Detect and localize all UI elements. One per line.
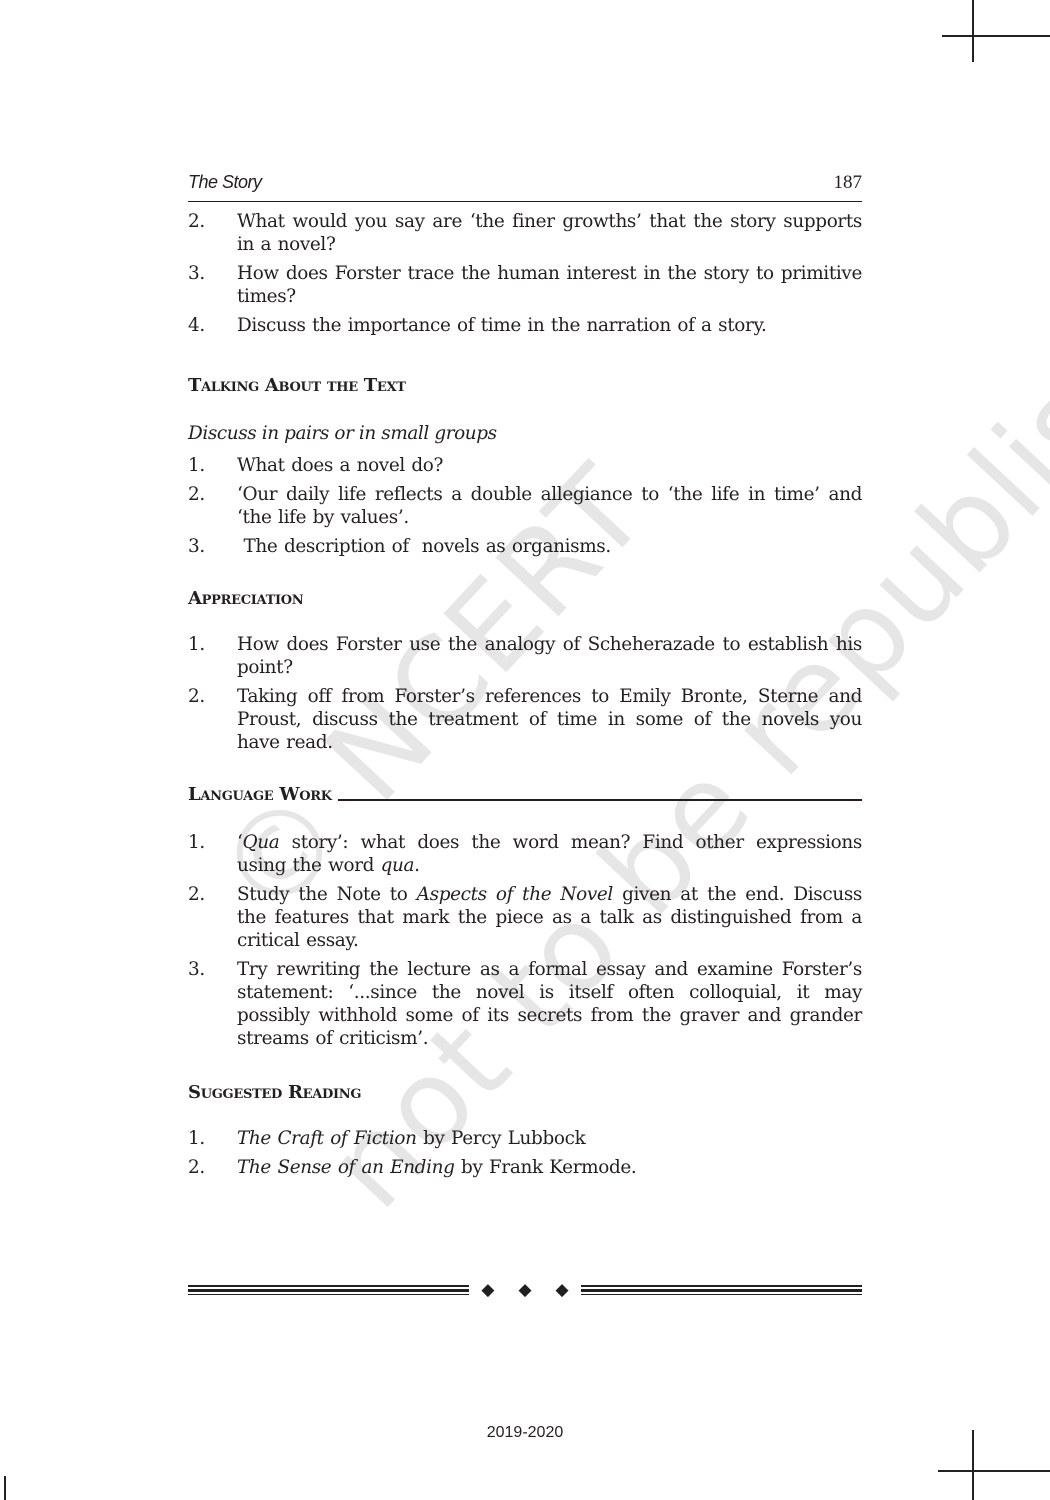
list-item: 3.How does Forster trace the human inter… [188, 262, 862, 308]
talking-list: 1.What does a novel do? 2.‘Our daily lif… [188, 454, 862, 558]
section-heading-appreciation: Appreciation [188, 588, 862, 609]
list-item: 2.Study the Note to Aspects of the Novel… [188, 883, 862, 952]
diamond-icon: ◆ [556, 1282, 569, 1299]
page-number: 187 [834, 172, 863, 194]
running-header: The Story 187 [188, 172, 862, 202]
list-item: 2.Taking off from Forster’s references t… [188, 685, 862, 754]
crop-mark-bottom-right-h [938, 1470, 1050, 1472]
list-item: 2.The Sense of an Ending by Frank Kermod… [188, 1156, 862, 1179]
list-item: 3. The description of novels as organism… [188, 535, 862, 558]
page-content: The Story 187 2.What would you say are ‘… [188, 172, 862, 1185]
list-item: 1.The Craft of Fiction by Percy Lubbock [188, 1127, 862, 1150]
appreciation-list: 1.How does Forster use the analogy of Sc… [188, 633, 862, 754]
diamond-icon: ◆ [518, 1282, 531, 1299]
crop-mark-top-right-v [972, 0, 974, 62]
list-item: 1.How does Forster use the analogy of Sc… [188, 633, 862, 679]
talking-intro: Discuss in pairs or in small groups [188, 423, 862, 444]
list-item: 3.Try rewriting the lecture as a formal … [188, 958, 862, 1050]
suggested-reading-list: 1.The Craft of Fiction by Percy Lubbock … [188, 1127, 862, 1179]
list-item: 1.‘Qua story’: what does the word mean? … [188, 831, 862, 877]
list-item: 4.Discuss the importance of time in the … [188, 314, 862, 337]
ornament-rule-left [188, 1285, 469, 1295]
crop-mark-bottom-left-v [4, 1476, 6, 1500]
chapter-title: The Story [188, 172, 262, 193]
section-heading-suggested-reading: Suggested Reading [188, 1082, 862, 1103]
section-heading-talking: Talking About the Text [188, 375, 862, 396]
ornament-rule-right [581, 1285, 862, 1295]
end-ornament: ◆ ◆ ◆ [188, 1278, 862, 1302]
section-heading-language-work: Language Work [188, 784, 862, 805]
crop-mark-top-right-h [942, 35, 1050, 37]
footer-year: 2019-2020 [0, 1424, 1050, 1442]
list-item: 1.What does a novel do? [188, 454, 862, 477]
list-item: 2.What would you say are ‘the finer grow… [188, 210, 862, 256]
language-work-list: 1.‘Qua story’: what does the word mean? … [188, 831, 862, 1050]
heading-rule [338, 799, 862, 801]
diamond-icon: ◆ [481, 1282, 494, 1299]
continued-questions: 2.What would you say are ‘the finer grow… [188, 210, 862, 337]
list-item: 2.‘Our daily life reflects a double alle… [188, 483, 862, 529]
